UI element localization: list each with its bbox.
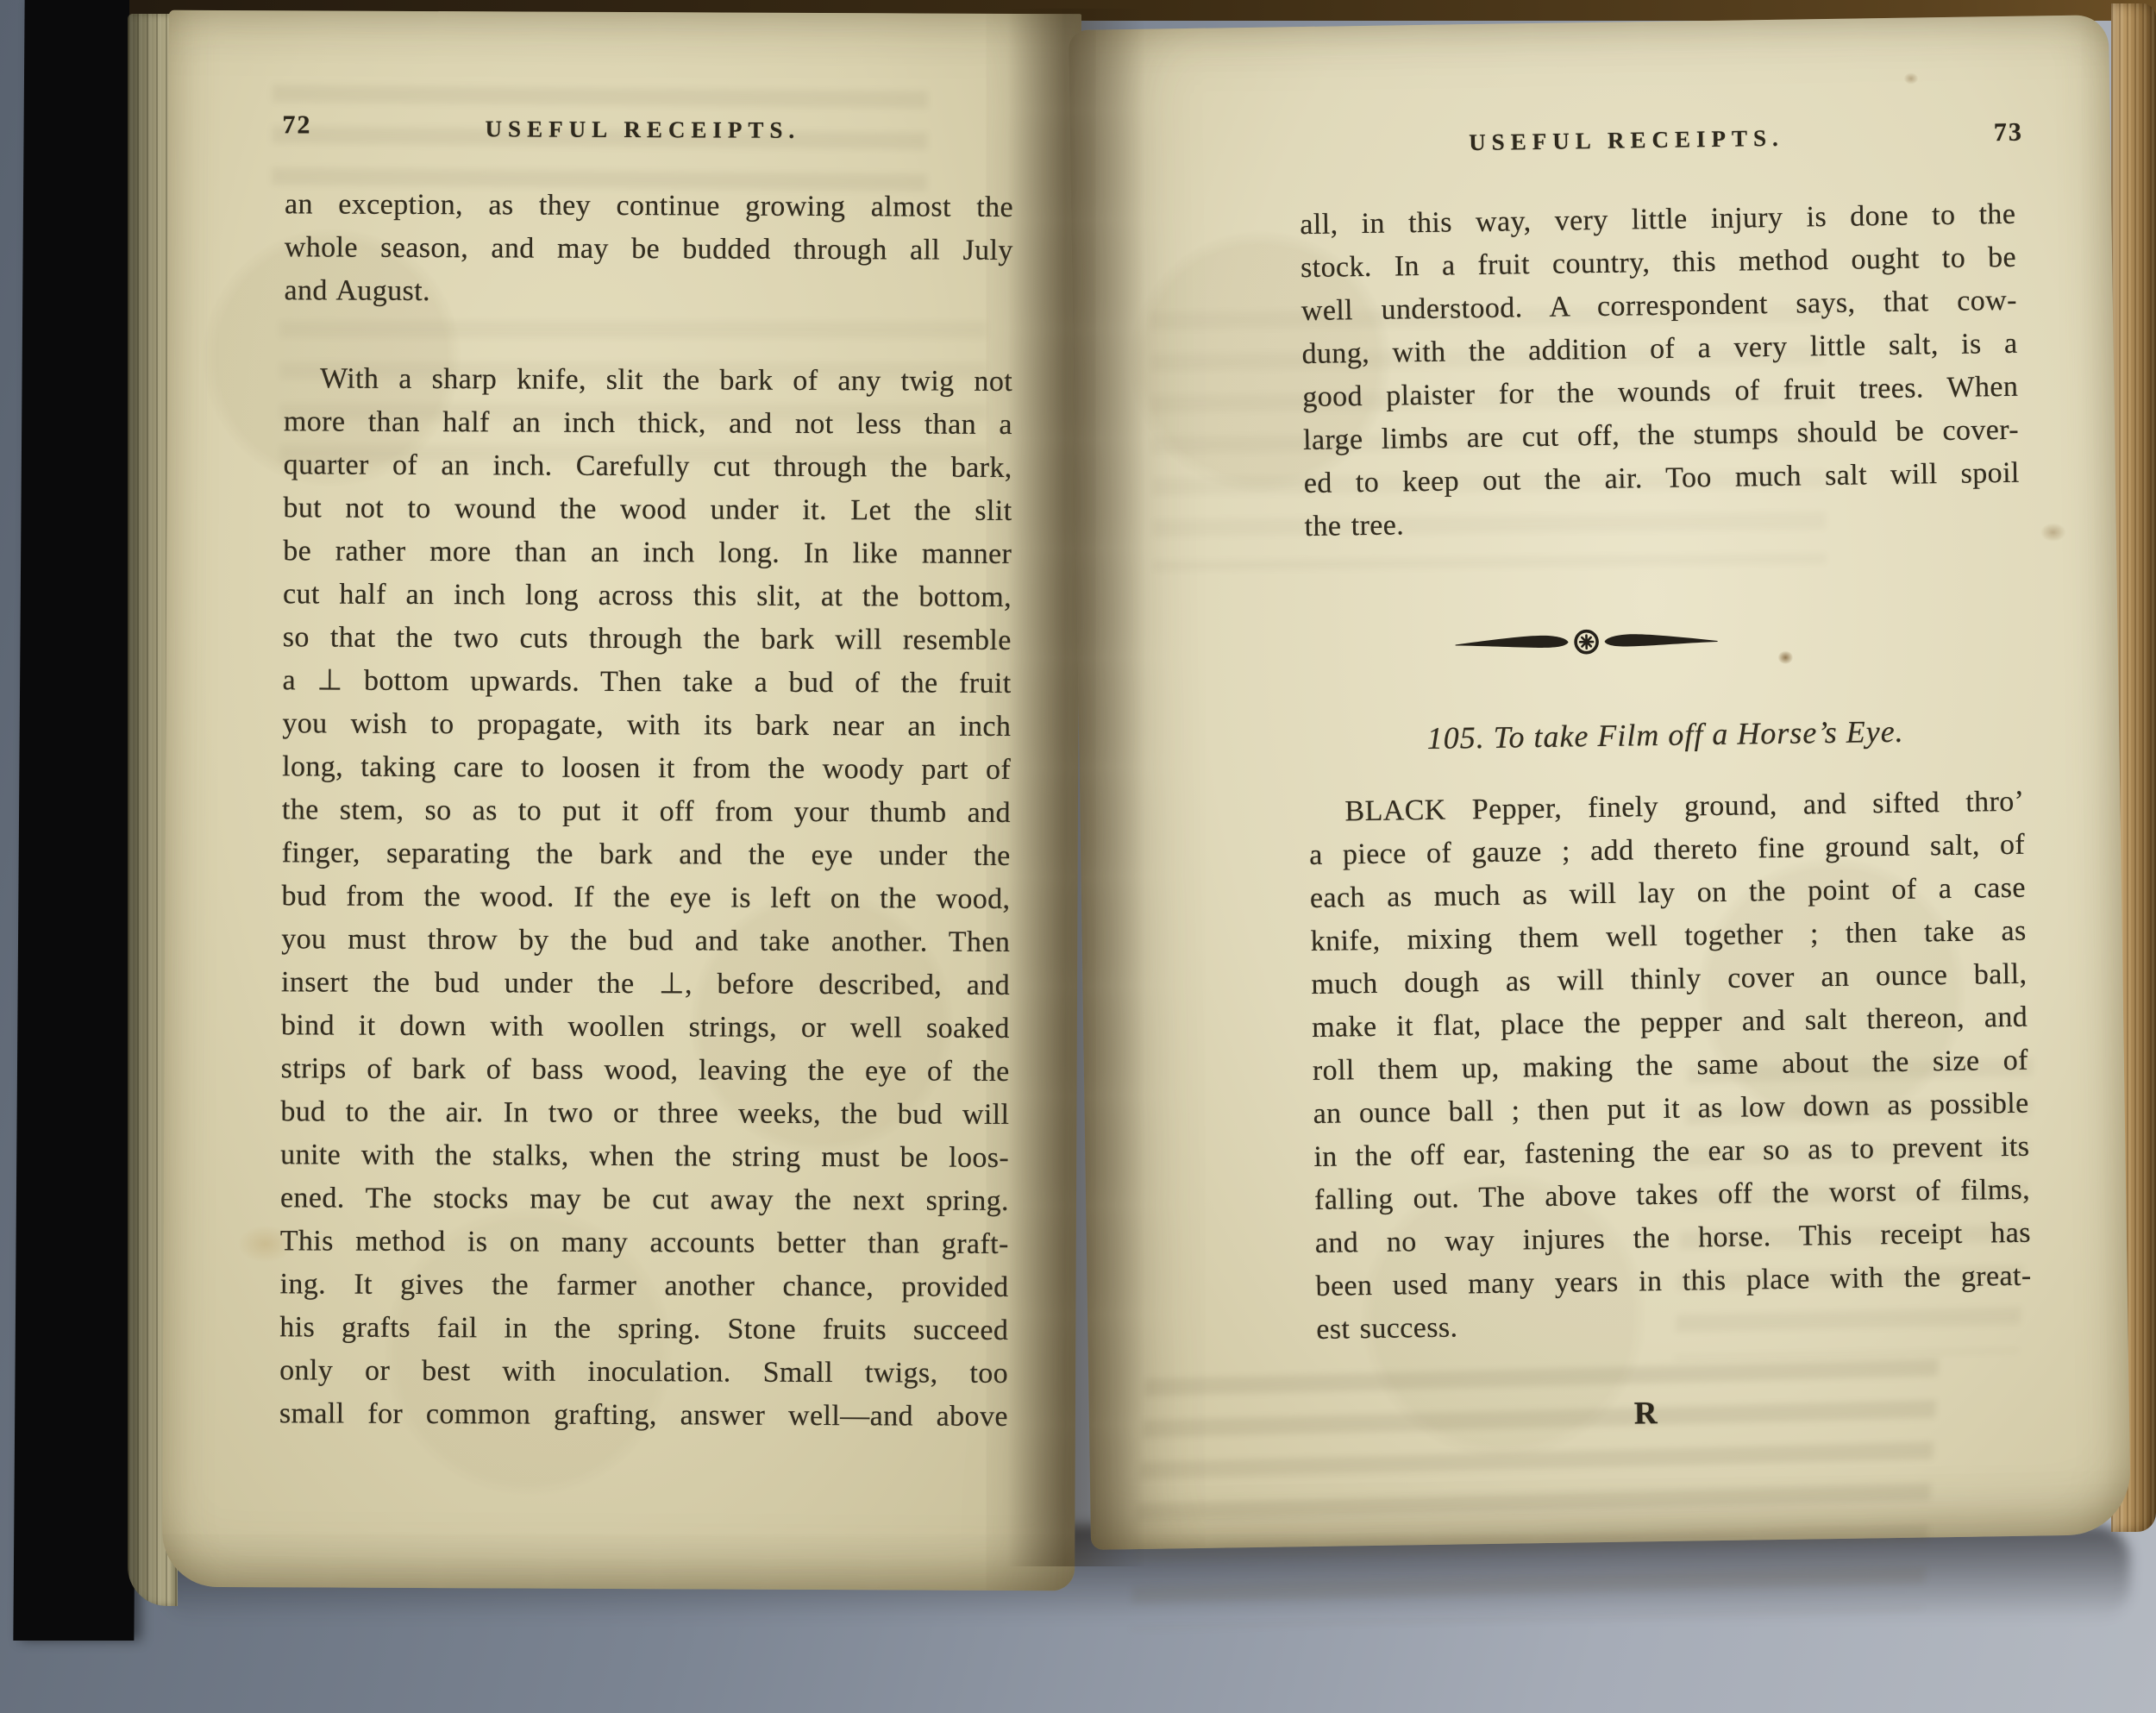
paragraph: With a sharp knife, slit the bark of any… bbox=[279, 357, 1012, 1439]
text-line: bud to the air. In two or three weeks, t… bbox=[280, 1090, 1009, 1137]
text-line: unite with the stalks, when the string m… bbox=[280, 1133, 1009, 1180]
text-line: his grafts fail in the spring. Stone fru… bbox=[279, 1306, 1008, 1352]
text-line: but not to wound the wood under it. Let … bbox=[283, 486, 1012, 533]
text-line: a ⊥ bottom upwards. Then take a bud of t… bbox=[282, 659, 1011, 706]
paragraph: an exception, as they continue growing a… bbox=[284, 183, 1013, 316]
right-page-text: all, in this way, very little injury is … bbox=[1300, 193, 2033, 1352]
page-number-right: 73 bbox=[1963, 118, 2023, 148]
text-line: only or best with inoculation. Small twi… bbox=[279, 1349, 1008, 1396]
text-line: and August. bbox=[284, 269, 1012, 316]
running-header-right: USEFUL RECEIPTS. bbox=[1299, 122, 1954, 159]
right-page: USEFUL RECEIPTS. 73 all, in this way, ve… bbox=[1069, 15, 2131, 1550]
text-line: This method is on many accounts better t… bbox=[280, 1220, 1009, 1266]
paper-stain bbox=[2040, 523, 2066, 542]
page-number-left: 72 bbox=[282, 110, 311, 140]
text-line: bind it down with woollen strings, or we… bbox=[281, 1004, 1010, 1051]
signature-mark: R bbox=[1634, 1395, 1658, 1432]
text-line: cut half an inch long across this slit, … bbox=[283, 573, 1012, 619]
paragraph: BLACK Pepper, finely ground, and sifted … bbox=[1308, 781, 2033, 1352]
text-line: insert the bud under the ⊥, before descr… bbox=[281, 961, 1010, 1007]
section-divider bbox=[1452, 624, 1720, 660]
text-line: an exception, as they continue growing a… bbox=[285, 183, 1013, 229]
text-line: ing. It gives the farmer another chance,… bbox=[279, 1263, 1008, 1309]
text-line: be rather more than an inch long. In lik… bbox=[283, 530, 1012, 576]
text-line: bud from the wood. If the eye is left on… bbox=[281, 875, 1010, 921]
running-header-left: USEFUL RECEIPTS. bbox=[384, 116, 901, 145]
open-book-scan: 72 USEFUL RECEIPTS. an exception, as the… bbox=[0, 0, 2156, 1713]
text-line: ened. The stocks may be cut away the nex… bbox=[280, 1177, 1009, 1223]
text-line: strips of bark of bass wood, leaving the… bbox=[281, 1047, 1010, 1094]
text-line: small for common grafting, answer well—a… bbox=[279, 1392, 1008, 1439]
paper-stain bbox=[1904, 72, 1918, 84]
text-line: whole season, and may be budded through … bbox=[285, 226, 1013, 273]
left-page: 72 USEFUL RECEIPTS. an exception, as the… bbox=[162, 10, 1081, 1591]
paragraph: all, in this way, very little injury is … bbox=[1300, 193, 2021, 549]
book-cover-edge bbox=[13, 0, 145, 1641]
text-line: quarter of an inch. Carefully cut throug… bbox=[284, 443, 1012, 490]
text-line: finger, separating the bark and the eye … bbox=[282, 831, 1011, 878]
text-line: more than half an inch thick, and not le… bbox=[284, 400, 1012, 447]
text-line: With a sharp knife, slit the bark of any… bbox=[284, 357, 1012, 404]
text-line: you must throw by the bud and take anoth… bbox=[281, 918, 1010, 964]
text-line: you wish to propagate, with its bark nea… bbox=[282, 702, 1011, 749]
text-line: long, taking care to loosen it from the … bbox=[282, 745, 1011, 792]
text-line: the stem, so as to put it off from your … bbox=[282, 788, 1011, 835]
rosette-divider-icon bbox=[1452, 624, 1720, 660]
section-heading: 105. To take Film off a Horse’s Eye. bbox=[1307, 712, 2024, 767]
text-line: so that the two cuts through the bark wi… bbox=[283, 616, 1012, 662]
left-page-text: an exception, as they continue growing a… bbox=[279, 183, 1013, 1439]
